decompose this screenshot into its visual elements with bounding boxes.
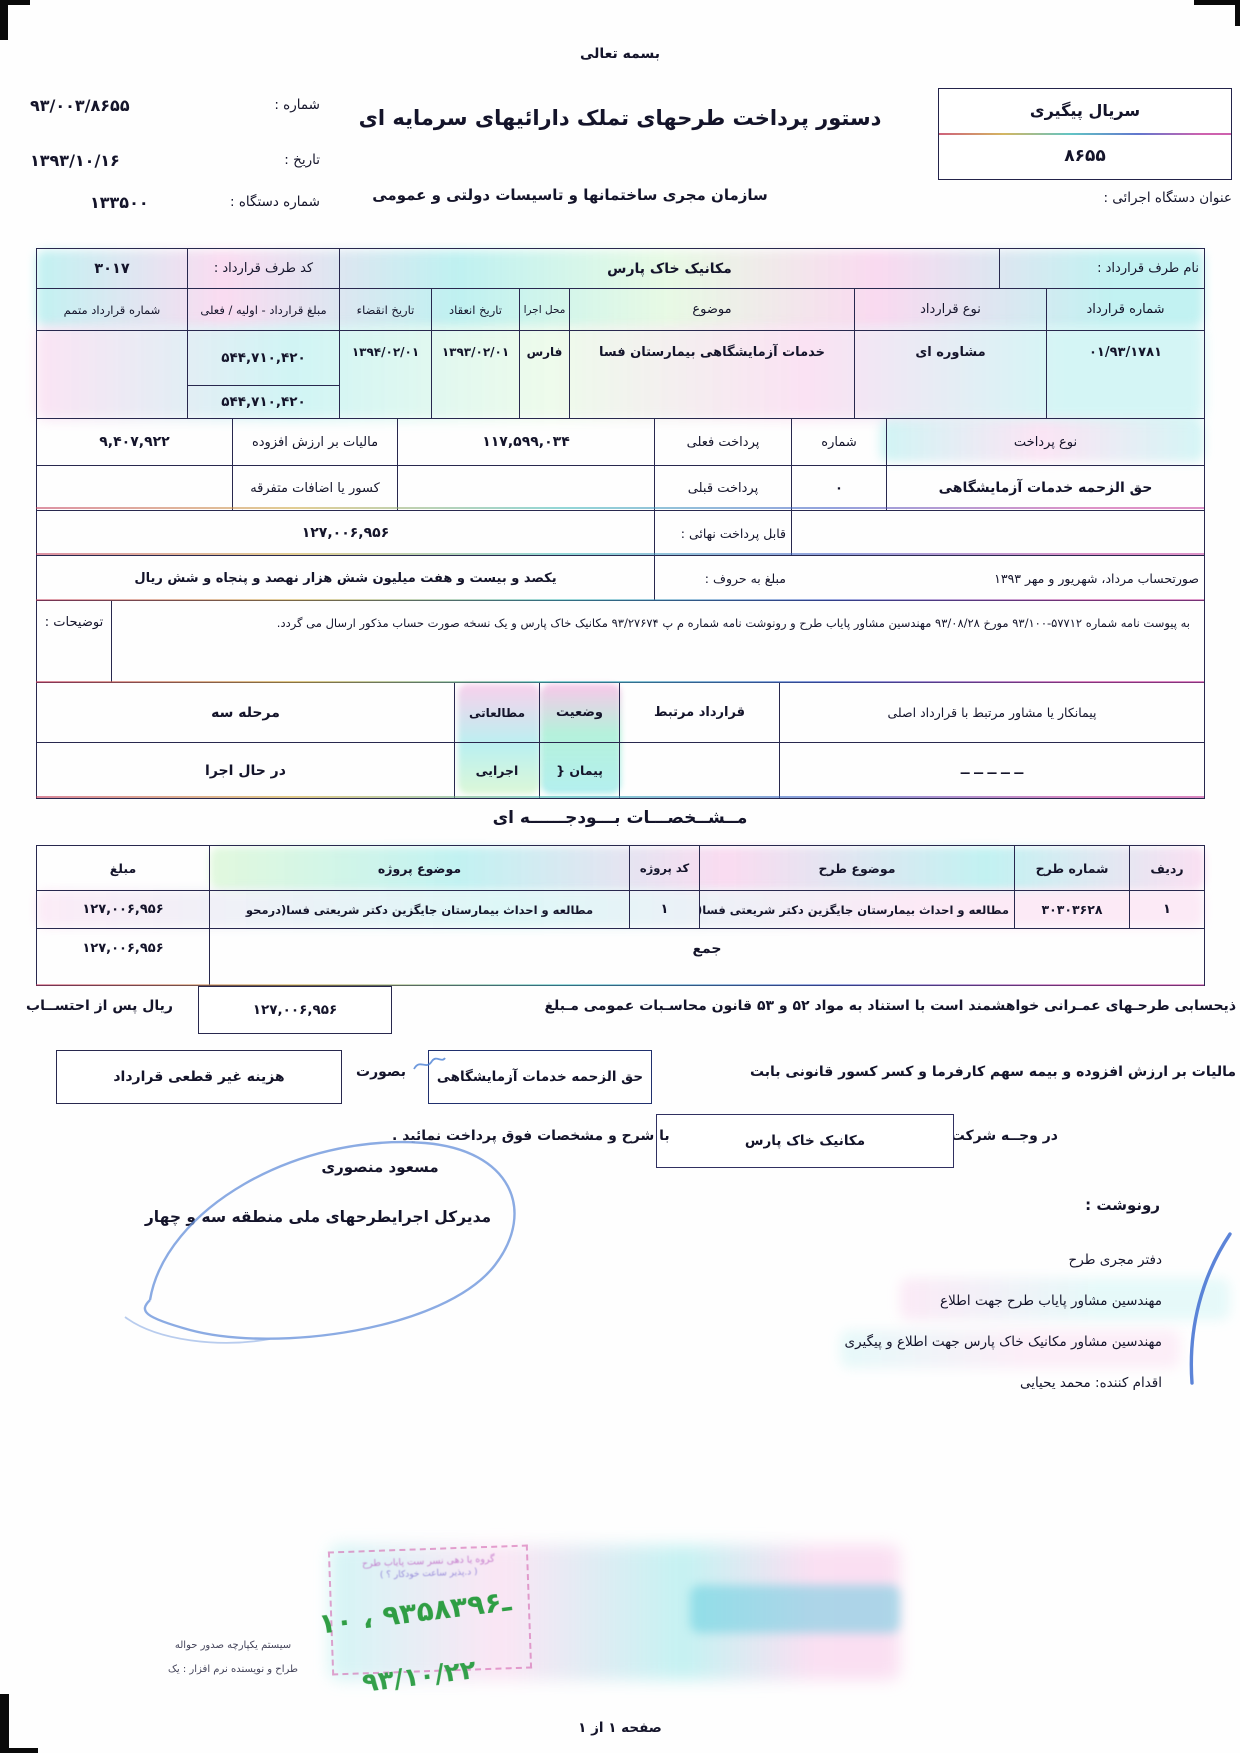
payment-previous-value	[398, 466, 655, 511]
payment-deductions-value	[37, 466, 233, 511]
col-contract-location: محل اجرا	[520, 289, 570, 331]
scan-corner-mark	[1194, 0, 1240, 5]
payment-deductions-label: کسور یا اضافات متفرقه	[233, 466, 398, 511]
copies-list: دفتر مجری طرح مهندسین مشاور پایاب طرح جه…	[692, 1252, 1162, 1391]
pen-scribble-mark	[412, 1052, 448, 1076]
order-line1-left: ریال پس از احتســاب	[26, 998, 173, 1014]
order-line2-right: مالیات بر ارزش افزوده و بیمه سهم کارفرما…	[750, 1064, 1236, 1080]
col-contract-subject: موضوع	[570, 289, 855, 331]
order-expense-box: هزینه غیر قطعی قرارداد	[56, 1050, 342, 1104]
contract-location-value: فارس	[520, 331, 570, 419]
order-line2-mid: بصورت	[356, 1064, 406, 1080]
payment-current-label: پرداخت فعلی	[655, 419, 792, 466]
software-credits: سیستم یکپارچه صدور حواله طراح و نویسنده …	[148, 1640, 318, 1675]
budget-col-row: ردیف	[1130, 846, 1205, 891]
scan-smudge	[690, 1585, 900, 1633]
contract-number-value: ۰۱/۹۳/۱۷۸۱	[1047, 331, 1205, 419]
related-study-label: مطالعاتی	[455, 683, 540, 743]
related-consultant-value: ــ ــ ــ ــ ــ	[780, 743, 1205, 799]
related-status-value: پیمان {	[540, 743, 620, 799]
related-contract-value	[620, 743, 780, 799]
agency-title-label: عنوان دستگاه اجرائی :	[1103, 190, 1232, 206]
payment-vat-value: ۹,۴۰۷,۹۲۲	[37, 419, 233, 466]
payment-words-value: یکصد و بیست و هفت میلیون شش هزار نهصد و …	[37, 556, 655, 601]
payment-type-value: حق الزحمه خدمات آزمایشگاهی	[887, 466, 1205, 511]
contract-party-code-value: ۳۰۱۷	[37, 249, 188, 289]
contract-expiry-value: ۱۳۹۴/۰۲/۰۱	[340, 331, 432, 419]
contract-party-value: مکانیک خاک پارس	[340, 249, 1000, 289]
related-consultant-label: پیمانکار یا مشاور مرتبط با قرارداد اصلی	[780, 683, 1205, 743]
page-number: صفحه ۱ از ۱	[0, 1720, 1240, 1736]
contract-amount-initial: ۵۴۴,۷۱۰,۴۲۰	[188, 331, 340, 386]
payment-number-value: ۰	[792, 466, 887, 511]
notes-text: به پیوست نامه شماره ۵۷۷۱۲-۹۳/۱۰۰ مورخ ۹۳…	[112, 601, 1205, 683]
software-credit-line1: سیستم یکپارچه صدور حواله	[148, 1640, 318, 1651]
col-contract-type: نوع قرارداد	[855, 289, 1047, 331]
document-meta: شماره : ۹۳/۰۰۳/۸۶۵۵ تاریخ : ۱۳۹۳/۱۰/۱۶ ش…	[30, 90, 320, 217]
budget-row-plan-no: ۳۰۳۰۳۶۲۸	[1015, 891, 1130, 929]
notes-label: توضیحات :	[37, 601, 112, 683]
organization-name: سازمان مجری ساختمانها و تاسیسات دولتی و …	[260, 186, 880, 204]
device-number-value: ۱۳۳۵۰۰	[90, 193, 149, 212]
software-credit-line2: طراح و نویسنده نرم افزار : یک	[148, 1664, 318, 1675]
payment-type-label: نوع پرداخت	[887, 419, 1205, 466]
payment-final-label: قابل پرداخت نهائی :	[655, 511, 792, 556]
payment-table: نوع پرداخت شماره پرداخت فعلی ۱۱۷,۵۹۹,۰۳۴…	[36, 418, 1205, 601]
doc-number-value: ۹۳/۰۰۳/۸۶۵۵	[30, 96, 130, 115]
order-line1-right: ذیحسابی طرحـهای عمـرانی خواهشمند است با …	[544, 998, 1236, 1014]
contract-amount-current: ۵۴۴,۷۱۰,۴۲۰	[188, 386, 340, 419]
related-contract-label: قرارداد مرتبط	[620, 683, 780, 743]
order-line3-right: در وجــه شرکت	[951, 1128, 1058, 1144]
payment-invoice-note: صورتحساب مرداد، شهریور و مهر ۱۳۹۳	[792, 556, 1205, 601]
order-amount-box: ۱۲۷,۰۰۶,۹۵۶	[198, 986, 392, 1034]
budget-row-amount: ۱۲۷,۰۰۶,۹۵۶	[37, 891, 210, 929]
order-company-box: مکانیک خاک پارس	[656, 1114, 954, 1168]
contract-supplement-value	[37, 331, 188, 419]
doc-date-value: ۱۳۹۳/۱۰/۱۶	[30, 151, 120, 170]
payment-final-value: ۱۲۷,۰۰۶,۹۵۶	[37, 511, 655, 556]
payment-words-label: مبلغ به حروف :	[655, 556, 792, 601]
contract-subject-value: خدمات آزمایشگاهی بیمارستان فسا	[570, 331, 855, 419]
serial-label: سریال پیگیری	[939, 89, 1231, 133]
budget-total-value: ۱۲۷,۰۰۶,۹۵۶	[37, 929, 210, 986]
scan-corner-mark	[1235, 0, 1240, 26]
serial-value: ۸۶۵۵	[939, 135, 1231, 177]
related-study-value: اجرایی	[455, 743, 540, 799]
budget-table: ردیف شماره طرح موضوع طرح کد پروژه موضوع …	[36, 845, 1205, 986]
contract-party-label: نام طرف قرارداد :	[1000, 249, 1205, 289]
scanned-payment-order-document: بسمه تعالی دستور پرداخت طرحهای تملک دارا…	[0, 0, 1240, 1753]
bismillah: بسمه تعالی	[0, 46, 1240, 62]
budget-col-project-subject: موضوع پروژه	[210, 846, 630, 891]
col-contract-amount: مبلغ قرارداد - اولیه / فعلی	[188, 289, 340, 331]
budget-row-project-subject: مطالعه و احداث بیمارستان جایگزین دکتر شر…	[210, 891, 630, 929]
scan-corner-mark	[0, 0, 30, 5]
payment-final-spacer	[792, 511, 1205, 556]
contract-type-value: مشاوره ای	[855, 331, 1047, 419]
budget-section-title: مــشــخصـــات بـــودجــــــه ای	[0, 808, 1240, 828]
notes-box: به پیوست نامه شماره ۵۷۷۱۲-۹۳/۱۰۰ مورخ ۹۳…	[36, 600, 1205, 683]
payment-vat-label: مالیات بر ارزش افزوده	[233, 419, 398, 466]
doc-number-label: شماره :	[274, 97, 320, 113]
budget-row-index: ۱	[1130, 891, 1205, 929]
contract-party-table: نام طرف قرارداد : مکانیک خاک پارس کد طرف…	[36, 248, 1205, 289]
payment-number-label: شماره	[792, 419, 887, 466]
scan-corner-mark	[0, 0, 8, 40]
handwritten-signature	[95, 1115, 545, 1355]
contract-party-code-label: کد طرف قرارداد :	[188, 249, 340, 289]
payment-previous-label: پرداخت قبلی	[655, 466, 792, 511]
payment-current-value: ۱۱۷,۵۹۹,۰۳۴	[398, 419, 655, 466]
scan-corner-mark	[0, 1748, 38, 1753]
budget-col-plan-no: شماره طرح	[1015, 846, 1130, 891]
contract-details-table: شماره قرارداد نوع قرارداد موضوع محل اجرا…	[36, 288, 1205, 419]
col-contract-supplement: شماره قرارداد متمم	[37, 289, 188, 331]
order-fee-box: حق الزحمه خدمات آزمایشگاهی	[428, 1050, 652, 1104]
copies-label: رونوشت :	[1085, 1196, 1160, 1214]
col-contract-number: شماره قرارداد	[1047, 289, 1205, 331]
col-contract-expiry: تاریخ انقضاء	[340, 289, 432, 331]
related-stage-value: در حال اجرا	[37, 743, 455, 799]
related-status-label: وضعیت	[540, 683, 620, 743]
contract-sign-date-value: ۱۳۹۳/۰۲/۰۱	[432, 331, 520, 419]
copies-item: دفتر مجری طرح	[692, 1252, 1162, 1268]
pen-check-mark	[1180, 1228, 1235, 1388]
copies-item: مهندسین مشاور پایاب طرح جهت اطلاع	[692, 1293, 1162, 1309]
copies-item: مهندسین مشاور مکانیک خاک پارس جهت اطلاع …	[692, 1334, 1162, 1350]
serial-tracking-box: سریال پیگیری ۸۶۵۵	[938, 88, 1232, 180]
budget-row-project-code: ۱	[630, 891, 700, 929]
budget-row-plan-subject: مطالعه و احداث بیمارستان جایگزین دکتر شر…	[700, 891, 1015, 929]
related-contract-table: پیمانکار یا مشاور مرتبط با قرارداد اصلی …	[36, 682, 1205, 799]
budget-col-project-code: کد پروژه	[630, 846, 700, 891]
budget-col-amount: مبلغ	[37, 846, 210, 891]
budget-total-label: جمع	[210, 929, 1205, 986]
related-stage-label: مرحله سه	[37, 683, 455, 743]
col-contract-sign-date: تاریخ انعقاد	[432, 289, 520, 331]
doc-date-label: تاریخ :	[284, 152, 320, 168]
copies-item: اقدام کننده: محمد یحیایی	[692, 1375, 1162, 1391]
device-number-label: شماره دستگاه :	[230, 194, 320, 210]
budget-col-plan-subject: موضوع طرح	[700, 846, 1015, 891]
